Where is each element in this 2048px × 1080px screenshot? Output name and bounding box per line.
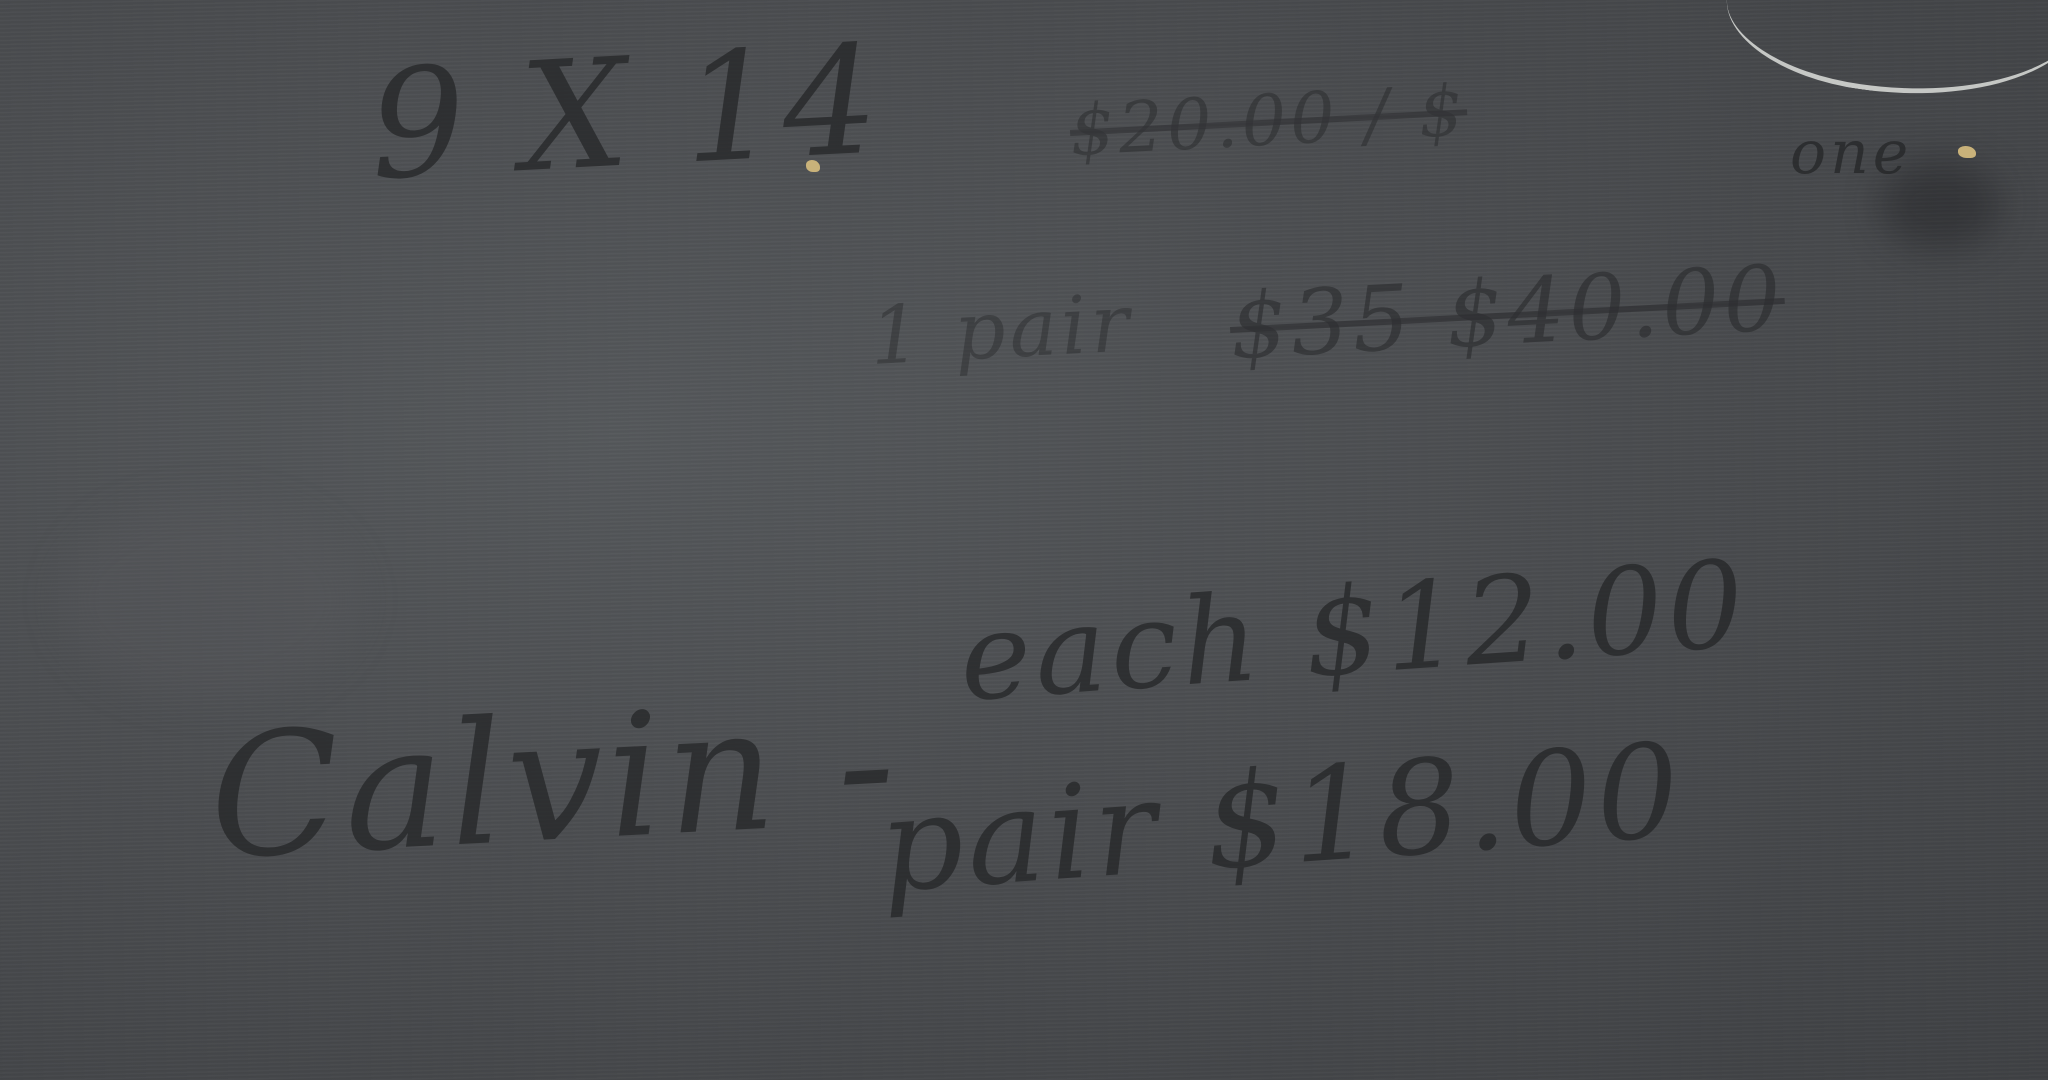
dark-smudge [60, 500, 360, 700]
each-price-text: each $12.00 [955, 535, 1752, 729]
dimensions-text: 9 X 14 [365, 13, 886, 214]
handwriting-line-1: 9 X 14 [365, 13, 886, 214]
suffix-text: one [1790, 118, 1912, 188]
wire-line [1717, 0, 2048, 119]
slate-surface: 9 X 14 $20.00 / $ one 1 pair $35 $40.00 … [0, 0, 2048, 1080]
pair-price-text: pair $18.00 [875, 714, 1688, 922]
handwriting-line-2: 1 pair [868, 276, 1136, 383]
handwriting-line-3: each $12.00 [955, 535, 1752, 729]
handwriting-suffix: one [1790, 118, 1912, 188]
pair-text: 1 pair [868, 276, 1136, 383]
struck-price-1: $20.00 / $ [1068, 69, 1469, 172]
gold-fleck [1958, 146, 1976, 158]
handwriting-line-4: pair $18.00 [875, 714, 1688, 922]
struck-text: $35 $40.00 [1227, 246, 1787, 380]
handwriting-line-4-name: Calvin - [205, 664, 904, 898]
struck-price-2: $35 $40.00 [1227, 246, 1787, 380]
struck-text: $20.00 / $ [1068, 69, 1469, 172]
signature-name: Calvin [205, 670, 784, 898]
